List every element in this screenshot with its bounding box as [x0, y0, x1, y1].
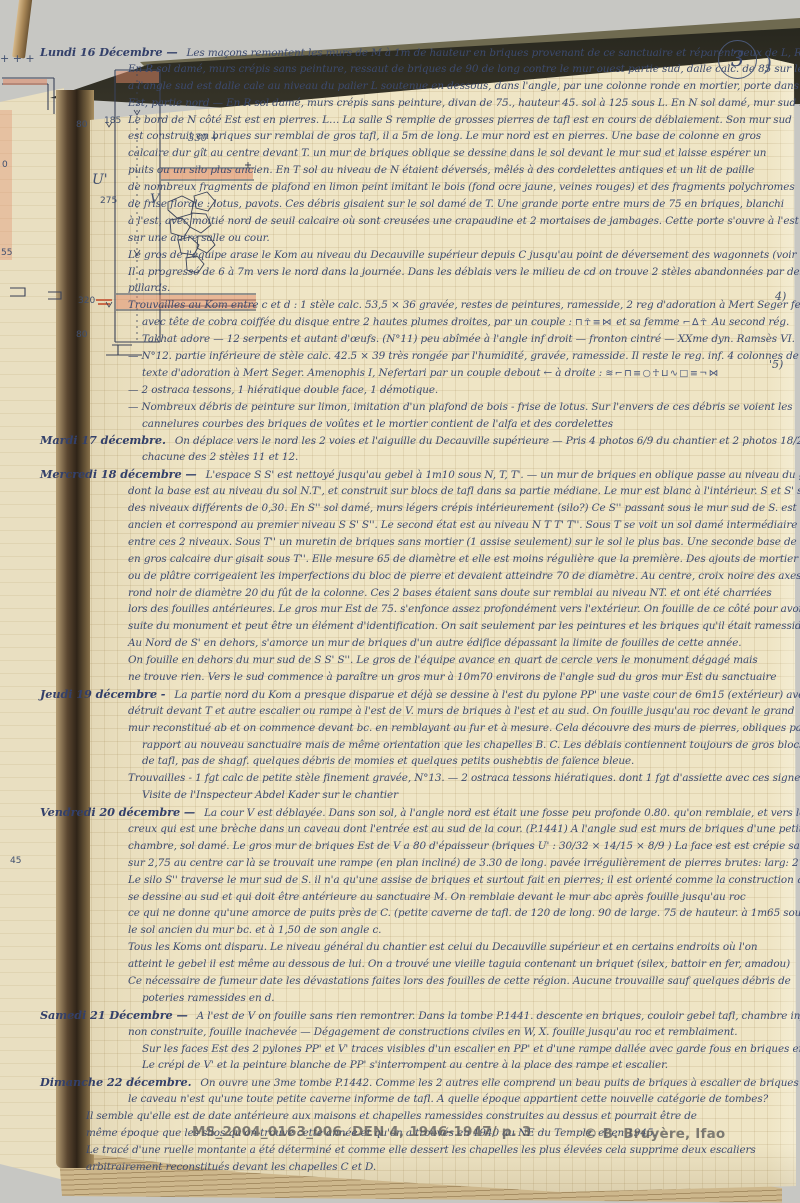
journal-line: en gros calcaire dur gisait sous T''. El…	[128, 551, 790, 568]
journal-line: entre ces 2 niveaux. Sous T'' un muretin…	[128, 534, 790, 551]
line-text: Le tracé d'une ruelle montante a été dét…	[86, 1144, 756, 1156]
line-text: atteint le gebel il est même au dessous …	[128, 958, 790, 970]
line-text: Trouvailles - 1 fgt calc de petite stèle…	[128, 772, 800, 784]
journal-line: Dimanche 22 décembre.On ouvre une 3me to…	[40, 1074, 790, 1091]
journal-line: des niveaux différents de 0,30. En S'' s…	[128, 500, 790, 517]
sketch-measure-label: 330 +	[188, 133, 219, 144]
line-text: ce qui ne donne qu'une amorce de puits p…	[128, 907, 800, 919]
journal-line: Est, partie nord — En R sol damé, murs c…	[128, 95, 790, 112]
line-text: est construit en briques sur remblai de …	[128, 130, 761, 142]
sketch-measure-label: 185	[104, 116, 121, 126]
hieroglyphs-sketch: ⌐∆☥	[683, 317, 709, 328]
journal-line: Takhat adore — 12 serpents et autant d'œ…	[142, 331, 790, 348]
line-text: Au Nord de S' en dehors, s'amorce un mur…	[128, 637, 741, 649]
journal-line: Au Nord de S' en dehors, s'amorce un mur…	[128, 635, 790, 652]
line-text: mur reconstitué ab et on commence devant…	[128, 722, 800, 734]
line-text: se dessine au sud et qui doit être antér…	[128, 891, 746, 903]
journal-line: ne trouve rien. Vers le sud commence à p…	[128, 669, 790, 686]
line-text: ancien et correspond au premier niveau S…	[128, 519, 797, 531]
line-text: Les maçons remontent les murs de M à 1m …	[187, 47, 800, 59]
journal-line: dont la base est au niveau du sol N.T', …	[128, 483, 790, 500]
line-text: On ouvre une 3me tombe P.1442. Comme les…	[200, 1077, 800, 1089]
entry-date: Jeudi 19 décembre -	[40, 687, 174, 701]
line-text: pillards.	[128, 282, 170, 294]
line-text: rond noir de diamètre 20 du fût de la co…	[128, 587, 772, 599]
line-text: poteries ramessides en d.	[142, 992, 275, 1004]
line-text: Le silo S'' traverse le mur sud de S. il…	[128, 874, 800, 886]
line-text: La partie nord du Kom a presque disparue…	[174, 689, 800, 701]
line-text: chambre, sol damé. Le gros mur de brique…	[128, 840, 800, 852]
line-text: avec tête de cobra coiffée du disque ent…	[142, 316, 575, 328]
line-text: de tafl, pas de shagf. quelques débris d…	[142, 755, 634, 767]
line-text: Est, partie nord — En R sol damé, murs c…	[128, 97, 800, 109]
line-text: On déplace vers le nord les 2 voies et l…	[175, 435, 800, 447]
journal-line: Le gros de l'équipe arase le Kom au nive…	[128, 247, 790, 264]
entry-date: Lundi 16 Décembre —	[40, 45, 187, 59]
journal-line: — Nombreux débris de peinture sur limon,…	[128, 399, 790, 416]
journal-entries: Lundi 16 Décembre —Les maçons remontent …	[128, 44, 790, 1176]
journal-line: Tous les Koms ont disparu. Le niveau gén…	[128, 939, 790, 956]
journal-line: Le silo S'' traverse le mur sud de S. il…	[128, 872, 790, 889]
journal-line: Samedi 21 Décembre —A l'est de V on foui…	[40, 1007, 790, 1024]
line-text: Il a progressé de 6 à 7m vers le nord da…	[128, 266, 800, 278]
journal-line: texte d'adoration à Mert Seger. Amenophi…	[142, 365, 790, 382]
entry-date: Samedi 21 Décembre —	[40, 1008, 197, 1022]
line-text: arbitrairement reconstitués devant les c…	[86, 1161, 376, 1173]
line-text: le sol ancien du mur bc. et à 1,50 de so…	[128, 924, 381, 936]
journal-line: sur une autre salle ou cour.	[128, 230, 790, 247]
line-text: Au second rég.	[709, 316, 790, 328]
line-text: calcaire dur gît au centre devant T. un …	[128, 147, 766, 159]
journal-line: Le bord de N côté Est est en pierres. L……	[128, 112, 790, 129]
journal-line: Sur les faces Est des 2 pylones PP' et V…	[142, 1041, 790, 1058]
journal-line: Lundi 16 Décembre —Les maçons remontent …	[40, 44, 790, 61]
journal-line: Jeudi 19 décembre -La partie nord du Kom…	[40, 686, 790, 703]
journal-line: atteint le gebel il est même au dessous …	[128, 956, 790, 973]
sketch-measure-label: 80	[76, 330, 87, 340]
journal-line: ancien et correspond au premier niveau S…	[128, 517, 790, 534]
journal-line: puits ou un silo plus ancien. En T sol a…	[128, 162, 790, 179]
line-text: suite du monument et peut être un élémen…	[128, 620, 800, 632]
line-text: non construite, fouille inachevée — Déga…	[128, 1026, 737, 1038]
journal-line: arbitrairement reconstitués devant les c…	[86, 1159, 790, 1176]
journal-line: Trouvailles au Kom entre c et d : 1 stèl…	[128, 297, 790, 314]
journal-line: Le crépi de V' et la peinture blanche de…	[142, 1057, 790, 1074]
line-text: en gros calcaire dur gisait sous T''. El…	[128, 553, 798, 565]
line-text: — Nombreux débris de peinture sur limon,…	[128, 401, 793, 413]
sketch-measure-label: V	[150, 192, 159, 207]
journal-line: le sol ancien du mur bc. et à 1,50 de so…	[128, 922, 790, 939]
sketch-measure-label: 0	[2, 160, 8, 170]
line-text: texte d'adoration à Mert Seger. Amenophi…	[142, 367, 605, 379]
sketch-measure-label: 45	[10, 856, 21, 866]
journal-line: poteries ramessides en d.	[142, 990, 790, 1007]
page-number: 3	[731, 47, 744, 71]
line-text: Le bord de N côté Est est en pierres. L……	[128, 114, 792, 126]
line-text: Sur les faces Est des 2 pylones PP' et V…	[142, 1043, 800, 1055]
line-text: a l'angle sud est dalle cale au niveau d…	[128, 80, 800, 92]
sketch-measure-label: 275	[100, 196, 117, 206]
journal-line: calcaire dur gît au centre devant T. un …	[128, 145, 790, 162]
journal-line: Ce nécessaire de fumeur date les dévasta…	[128, 973, 790, 990]
journal-line: avec tête de cobra coiffée du disque ent…	[142, 314, 790, 331]
photo-of-notebook-page: { "page": { "number": "3", "paren_mark":…	[0, 0, 800, 1203]
journal-line: mur reconstitué ab et on commence devant…	[128, 720, 790, 737]
hieroglyphs-sketch: ⊓☥≡⋈	[575, 317, 613, 328]
line-text: de nombreux fragments de plafond en limo…	[128, 181, 795, 193]
journal-line: Le tracé d'une ruelle montante a été dét…	[86, 1142, 790, 1159]
journal-line: cannelures courbes des briques de voûtes…	[142, 416, 790, 433]
journal-line: creux qui est une brèche dans un caveau …	[128, 821, 790, 838]
journal-line: de tafl, pas de shagf. quelques débris d…	[142, 753, 790, 770]
line-text: de frise florale : lotus, pavots. Ces dé…	[128, 198, 784, 210]
journal-line: sur 2,75 au centre car là se trouvait un…	[128, 855, 790, 872]
right-margin-note: '5)	[769, 358, 783, 371]
line-text: — N°12. partie inférieure de stèle calc.…	[128, 350, 799, 362]
journal-line: se dessine au sud et qui doit être antér…	[128, 889, 790, 906]
journal-line: Mercredi 18 décembre —L'espace S S' est …	[40, 466, 790, 483]
journal-line: non construite, fouille inachevée — Déga…	[128, 1024, 790, 1041]
watermark-id: MS_2004_0163_006. DEN 4, 1946-1947/ p. 3	[192, 1124, 531, 1140]
line-text: A l'est de V on fouille sans rien remont…	[197, 1010, 800, 1022]
sketch-measure-label: 80	[76, 120, 87, 130]
hieroglyphs-sketch: ≋⌐⊓≡○☥⊔∿□≡¬⋈	[605, 368, 719, 379]
right-margin-note: 4)	[775, 290, 786, 303]
line-text: rapport au nouveau sanctuaire mais de mê…	[142, 739, 800, 751]
entry-date: Mardi 17 décembre.	[40, 433, 175, 447]
journal-line: Visite de l'Inspecteur Abdel Kader sur l…	[142, 787, 790, 804]
line-text: chacune des 2 stèles 11 et 12.	[142, 451, 298, 463]
line-text: puits ou un silo plus ancien. En T sol a…	[128, 164, 754, 176]
line-text: On fouille en dehors du mur sud de S S' …	[128, 654, 758, 666]
watermark-copyright: © B. Bruyère, Ifao	[584, 1126, 725, 1142]
journal-line: En R sol damé, murs crépis sans peinture…	[128, 61, 790, 78]
line-text: Visite de l'Inspecteur Abdel Kader sur l…	[142, 789, 398, 801]
journal-line: Vendredi 20 décembre —La cour V est débl…	[40, 804, 790, 821]
journal-line: détruit devant T et autre escalier ou ra…	[128, 703, 790, 720]
journal-line: le caveau n'est qu'une toute petite cave…	[128, 1091, 790, 1108]
sketch-measure-label: U'	[92, 172, 108, 188]
line-text: Le gros de l'équipe arase le Kom au nive…	[128, 249, 800, 261]
line-text: Trouvailles au Kom entre c et d : 1 stèl…	[128, 299, 800, 311]
journal-line: Il semble qu'elle est de date antérieure…	[86, 1108, 790, 1125]
journal-line: — N°12. partie inférieure de stèle calc.…	[128, 348, 790, 365]
sketch-measure-label: 55	[1, 248, 12, 258]
journal-line: est construit en briques sur remblai de …	[128, 128, 790, 145]
ink-paren-mark: )	[764, 52, 772, 76]
line-text: sur une autre salle ou cour.	[128, 232, 270, 244]
line-text: En R sol damé, murs crépis sans peinture…	[128, 63, 800, 75]
margin-cross-marks: + + +	[0, 52, 35, 65]
journal-line: de frise florale : lotus, pavots. Ces dé…	[128, 196, 790, 213]
entry-date: Mercredi 18 décembre —	[40, 467, 206, 481]
journal-line: rond noir de diamètre 20 du fût de la co…	[128, 585, 790, 602]
journal-line: de nombreux fragments de plafond en limo…	[128, 179, 790, 196]
line-text: sur 2,75 au centre car là se trouvait un…	[128, 857, 800, 869]
entry-date: Vendredi 20 décembre —	[40, 805, 204, 819]
line-text: cannelures courbes des briques de voûtes…	[142, 418, 613, 430]
journal-line: ou de plâtre corrigeaient les imperfecti…	[128, 568, 790, 585]
line-text: Takhat adore — 12 serpents et autant d'œ…	[142, 333, 795, 345]
line-text: Le crépi de V' et la peinture blanche de…	[142, 1059, 668, 1071]
journal-line: lors des fouilles antérieures. Le gros m…	[128, 601, 790, 618]
entry-date: Dimanche 22 décembre.	[40, 1075, 200, 1089]
line-text: Ce nécessaire de fumeur date les dévasta…	[128, 975, 791, 987]
journal-line: ce qui ne donne qu'une amorce de puits p…	[128, 905, 790, 922]
line-text: La cour V est déblayée. Dans son sol, à …	[204, 807, 800, 819]
line-text: des niveaux différents de 0,30. En S'' s…	[128, 502, 800, 514]
line-text: lors des fouilles antérieures. Le gros m…	[128, 603, 800, 615]
line-text: détruit devant T et autre escalier ou ra…	[128, 705, 794, 717]
sketch-measure-label: 320	[78, 296, 95, 306]
line-text: Tous les Koms ont disparu. Le niveau gén…	[128, 941, 758, 953]
line-text: creux qui est une brèche dans un caveau …	[128, 823, 800, 835]
page-number-badge: 3	[718, 40, 757, 79]
journal-line: a l'angle sud est dalle cale au niveau d…	[128, 78, 790, 95]
line-text: ou de plâtre corrigeaient les imperfecti…	[128, 570, 800, 582]
journal-line: chacune des 2 stèles 11 et 12.	[142, 449, 790, 466]
journal-line: rapport au nouveau sanctuaire mais de mê…	[142, 737, 790, 754]
journal-line: à l'est, avec moitié nord de seuil calca…	[128, 213, 790, 230]
journal-line: chambre, sol damé. Le gros mur de brique…	[128, 838, 790, 855]
line-text: L'espace S S' est nettoyé jusqu'au gebel…	[206, 469, 800, 481]
journal-line: Trouvailles - 1 fgt calc de petite stèle…	[128, 770, 790, 787]
line-text: — 2 ostraca tessons, 1 hiératique double…	[128, 384, 438, 396]
journal-line: pillards.	[128, 280, 790, 297]
journal-line: On fouille en dehors du mur sud de S S' …	[128, 652, 790, 669]
line-text: ne trouve rien. Vers le sud commence à p…	[128, 671, 776, 683]
line-text: le caveau n'est qu'une toute petite cave…	[128, 1093, 768, 1105]
line-text: Il semble qu'elle est de date antérieure…	[86, 1110, 697, 1122]
journal-line: Mardi 17 décembre.On déplace vers le nor…	[40, 432, 790, 449]
line-text: dont la base est au niveau du sol N.T', …	[128, 485, 800, 497]
journal-line: — 2 ostraca tessons, 1 hiératique double…	[128, 382, 790, 399]
line-text: à l'est, avec moitié nord de seuil calca…	[128, 215, 799, 227]
journal-line: suite du monument et peut être un élémen…	[128, 618, 790, 635]
line-text: et sa femme	[613, 316, 683, 328]
line-text: entre ces 2 niveaux. Sous T'' un muretin…	[128, 536, 800, 548]
journal-line: Il a progressé de 6 à 7m vers le nord da…	[128, 264, 790, 281]
